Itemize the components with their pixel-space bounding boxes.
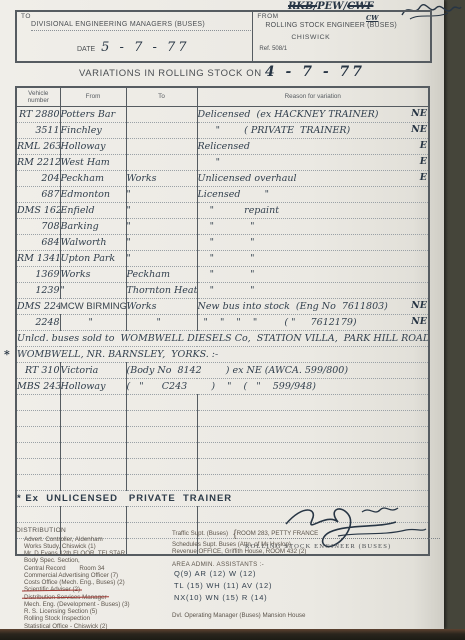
cell-to: "	[126, 187, 197, 203]
status-code: NE	[411, 315, 427, 329]
reason-text: " "	[198, 237, 255, 248]
distribution-item: Rolling Stock Inspection	[16, 615, 171, 622]
cell-from: Peckham	[60, 171, 126, 187]
distribution-item: Central Record Room 34	[16, 565, 171, 572]
reason-text: Delicensed (ex HACKNEY TRAINER)	[198, 109, 379, 120]
sale-note-line1: Unlcd. buses sold to WOMBWELL DIESELS Co…	[16, 331, 429, 347]
empty-cell	[60, 459, 126, 475]
distribution-list: DISTRIBUTION Advert. Controller, Aldenha…	[16, 527, 171, 637]
cell-to	[126, 155, 197, 171]
cell-reason: " "	[197, 235, 429, 251]
table-row: 708Barking" " "	[16, 219, 429, 235]
cell-to: Works	[126, 171, 197, 187]
reason-text: " "	[198, 269, 255, 280]
cell-reason: RelicensedE	[197, 139, 429, 155]
reason-text: Licensed "	[198, 189, 270, 200]
empty-cell	[126, 395, 197, 411]
cell-vehicle: 687	[16, 187, 60, 203]
to-value: DIVISIONAL ENGINEERING MANAGERS (BUSES)	[31, 21, 251, 31]
cell-vehicle: RM 2212	[16, 155, 60, 171]
header-to-cell: TO DIVISIONAL ENGINEERING MANAGERS (BUSE…	[17, 12, 253, 61]
scan-background-edge	[0, 629, 465, 640]
cell-vehicle: 1239	[16, 283, 60, 299]
cell-to: "	[126, 203, 197, 219]
cell-vehicle: RML 2631	[16, 139, 60, 155]
from-location: CHISWICK	[291, 34, 330, 41]
cell-vehicle: RM 1341	[16, 251, 60, 267]
blank-row	[16, 443, 429, 459]
empty-cell	[60, 411, 126, 427]
paper: RKB/PEW/CWF CW TO DIVISIONAL ENGINEERING…	[0, 0, 444, 629]
cell-to: "	[126, 219, 197, 235]
empty-cell	[197, 395, 429, 411]
table-row: RM 2212West Ham "E	[16, 155, 429, 171]
cell-reason: " "	[197, 283, 429, 299]
reason-text: " "	[198, 221, 255, 232]
empty-cell	[16, 475, 60, 491]
distribution-item: Mr. D Evans 12th FLOOR, TELSTAR	[16, 550, 171, 557]
blank-row	[16, 459, 429, 475]
reason-text: "	[198, 157, 221, 168]
cell-from: Edmonton	[60, 187, 126, 203]
table-row: DMS 1627Enfield" " repaint	[16, 203, 429, 219]
empty-cell	[126, 443, 197, 459]
status-code: NE	[411, 299, 427, 313]
to-label: TO	[21, 13, 31, 20]
cell-vehicle: MBS 243	[16, 379, 60, 395]
cell-vehicle: 2248	[16, 315, 60, 331]
distribution-item: Works Study, Chiswick (1)	[16, 543, 171, 550]
sale-detail: (Body No 8142 ) ex NE (AWCA. 599/800)	[126, 363, 429, 379]
area-admin-codes: NX(10) WN (15) R (14)	[172, 592, 347, 604]
cell-from: Potters Bar	[60, 107, 126, 123]
area-admin-codes: Q(9) AR (12) W (12)	[172, 568, 347, 580]
table-row: 3511Finchley " ( PRIVATE TRAINER)NE	[16, 123, 429, 139]
cell-from: West Ham	[60, 155, 126, 171]
area-admin-codes: TL (15) WH (11) AV (12)	[172, 580, 347, 592]
table-row: RML 2631HollowayRelicensedE	[16, 139, 429, 155]
reason-text: " repaint	[198, 205, 280, 216]
blank-row	[16, 411, 429, 427]
cell-from: Works	[60, 267, 126, 283]
distribution-item-struck: Scientific Adviser (2)	[16, 586, 171, 593]
empty-cell	[16, 459, 60, 475]
table-row: 204PeckhamWorksUnlicensed overhaulE	[16, 171, 429, 187]
empty-cell	[197, 459, 429, 475]
reason-text: New bus into stock (Eng No 7611803)	[198, 301, 388, 312]
table-row: 2248"" " " " " ( " 7612179)NE	[16, 315, 429, 331]
cell-vehicle: DMS 1627	[16, 203, 60, 219]
distribution-item: Body Spec. Section,	[16, 557, 171, 564]
from-value: ROLLING STOCK ENGINEER (BUSES)	[265, 22, 397, 29]
empty-cell	[197, 411, 429, 427]
status-code: E	[420, 171, 427, 185]
cell-to: Thornton Heath	[126, 283, 197, 299]
sale-row: RT 310Victoria(Body No 8142 ) ex NE (AWC…	[16, 363, 429, 379]
cell-from: "	[60, 283, 126, 299]
cell-from: Finchley	[60, 123, 126, 139]
reason-text: Unlicensed overhaul	[198, 173, 297, 184]
empty-cell	[197, 427, 429, 443]
item-text: Traffic Supt. (Buses)	[172, 530, 228, 537]
cell-reason: " "	[197, 219, 429, 235]
cell-reason: "E	[197, 155, 429, 171]
cell-to: Works	[126, 299, 197, 315]
scanned-document: RKB/PEW/CWF CW TO DIVISIONAL ENGINEERING…	[0, 0, 465, 640]
cell-from: Enfield	[60, 203, 126, 219]
distribution-item: Costs Office (Mech. Eng., Buses) (2)	[16, 579, 171, 586]
empty-cell	[16, 411, 60, 427]
cell-from: "	[60, 315, 126, 331]
table-row: 1239"Thornton Heath " "	[16, 283, 429, 299]
table-header-row: Vehicle number From To Reason for variat…	[16, 87, 429, 107]
table-row: RM 1341Upton Park" " "	[16, 251, 429, 267]
cell-to	[126, 139, 197, 155]
struck-text: Distribution Services Manager	[24, 594, 107, 601]
table-row: 1369WorksPeckham " "	[16, 267, 429, 283]
reason-text: " "	[198, 285, 255, 296]
table-row: 684Walworth" " "	[16, 235, 429, 251]
cell-from: Holloway	[60, 139, 126, 155]
status-code: E	[420, 139, 427, 153]
cell-to	[126, 123, 197, 139]
signature-block: ROLLING STOCK ENGINEER (BUSES)	[240, 506, 445, 558]
empty-cell	[16, 427, 60, 443]
empty-cell	[126, 507, 197, 523]
signature-title: ROLLING STOCK ENGINEER (BUSES)	[245, 543, 391, 550]
cell-vehicle: RT 2880	[16, 107, 60, 123]
table-row: DMS 2247MCW BIRMINGHAMWorksNew bus into …	[16, 299, 429, 315]
empty-cell	[60, 427, 126, 443]
empty-cell	[16, 507, 60, 523]
cell-vehicle: 684	[16, 235, 60, 251]
cell-to	[126, 107, 197, 123]
cell-reason: " " " " ( " 7612179)NE	[197, 315, 429, 331]
date-line: DATE5 - 7 - 77	[77, 40, 190, 55]
distribution-item: Mech. Eng. (Development - Buses) (3)	[16, 601, 171, 608]
reason-text: " "	[198, 253, 255, 264]
header-from-cell: FROM ROLLING STOCK ENGINEER (BUSES) CHIS…	[253, 12, 430, 61]
struck-text: Scientific Adviser (2)	[24, 586, 80, 593]
sale-note-row: WOMBWELL, NR. BARNSLEY, YORKS. :-	[16, 347, 429, 363]
cell-from: Victoria	[60, 363, 126, 379]
status-code: NE	[411, 123, 427, 137]
col-from: From	[60, 87, 126, 107]
cell-from: Walworth	[60, 235, 126, 251]
reason-text: " ( PRIVATE TRAINER)	[198, 125, 351, 136]
cell-vehicle: 708	[16, 219, 60, 235]
cell-vehicle: RT 310	[16, 363, 60, 379]
cell-from: Upton Park	[60, 251, 126, 267]
empty-cell	[126, 411, 197, 427]
cell-from: Barking	[60, 219, 126, 235]
sale-note-line2: WOMBWELL, NR. BARNSLEY, YORKS. :-	[16, 347, 429, 363]
status-code: E	[420, 155, 427, 169]
distribution-item: Advert. Controller, Aldenham	[16, 536, 171, 543]
cell-from: Holloway	[60, 379, 126, 395]
col-vehicle-number: Vehicle number	[16, 87, 60, 107]
col-reason: Reason for variation	[197, 87, 429, 107]
sale-row: MBS 243Holloway( " C243 ) " ( " 599/948)	[16, 379, 429, 395]
table-row: 687Edmonton"Licensed "	[16, 187, 429, 203]
empty-cell	[126, 427, 197, 443]
empty-cell	[60, 395, 126, 411]
empty-cell	[16, 443, 60, 459]
empty-cell	[60, 507, 126, 523]
sale-note-row: Unlcd. buses sold to WOMBWELL DIESELS Co…	[16, 331, 429, 347]
cell-reason: " "	[197, 251, 429, 267]
empty-cell	[60, 475, 126, 491]
cell-vehicle: 3511	[16, 123, 60, 139]
distribution-title: DISTRIBUTION	[16, 527, 171, 535]
empty-cell	[60, 443, 126, 459]
date-label: DATE	[77, 46, 95, 53]
cell-vehicle: 204	[16, 171, 60, 187]
empty-cell	[16, 395, 60, 411]
blank-row	[16, 395, 429, 411]
bottom-routing-line: Dvl. Operating Manager (Buses) Mansion H…	[172, 612, 305, 619]
cell-vehicle: 1369	[16, 267, 60, 283]
area-admin-heading: AREA ADMIN. ASSISTANTS :-	[172, 561, 347, 568]
cell-reason: New bus into stock (Eng No 7611803)NE	[197, 299, 429, 315]
form-header: TO DIVISIONAL ENGINEERING MANAGERS (BUSE…	[15, 10, 432, 63]
title-date: 4 - 7 - 77	[265, 64, 365, 80]
cell-reason: " repaint	[197, 203, 429, 219]
margin-asterisk: *	[4, 348, 10, 361]
col-to: To	[126, 87, 197, 107]
blank-row	[16, 427, 429, 443]
page-title: VARIATIONS IN ROLLING STOCK ON 4 - 7 - 7…	[0, 64, 444, 80]
empty-cell	[126, 459, 197, 475]
empty-cell	[197, 443, 429, 459]
empty-cell	[126, 475, 197, 491]
distribution-item-struck: Distribution Services Manager	[16, 594, 171, 601]
cell-reason: " "	[197, 267, 429, 283]
cell-to: "	[126, 315, 197, 331]
reason-text: " " " " ( " 7612179)	[198, 317, 357, 328]
cell-to: "	[126, 251, 197, 267]
cell-reason: " ( PRIVATE TRAINER)NE	[197, 123, 429, 139]
cell-vehicle: DMS 2247	[16, 299, 60, 315]
cell-reason: Unlicensed overhaulE	[197, 171, 429, 187]
date-value: 5 - 7 - 77	[101, 40, 189, 55]
empty-cell	[197, 475, 429, 491]
cell-from: MCW BIRMINGHAM	[60, 299, 126, 315]
blank-row	[16, 475, 429, 491]
reason-text: Relicensed	[198, 141, 251, 152]
distribution-item: R. S. Licensing Section (5)	[16, 608, 171, 615]
table-row: RT 2880Potters BarDelicensed (ex HACKNEY…	[16, 107, 429, 123]
cell-reason: Delicensed (ex HACKNEY TRAINER)NE	[197, 107, 429, 123]
sale-detail: ( " C243 ) " ( " 599/948)	[126, 379, 429, 395]
variations-table: Vehicle number From To Reason for variat…	[15, 86, 430, 556]
from-label: FROM	[257, 13, 278, 20]
cell-to: "	[126, 235, 197, 251]
ref-number: Ref. 508/1	[259, 46, 287, 52]
cell-to: Peckham	[126, 267, 197, 283]
status-code: NE	[411, 107, 427, 121]
cell-reason: Licensed "	[197, 187, 429, 203]
distribution-item: Commercial Advertising Officer (7)	[16, 572, 171, 579]
title-text: VARIATIONS IN ROLLING STOCK ON	[79, 68, 262, 79]
